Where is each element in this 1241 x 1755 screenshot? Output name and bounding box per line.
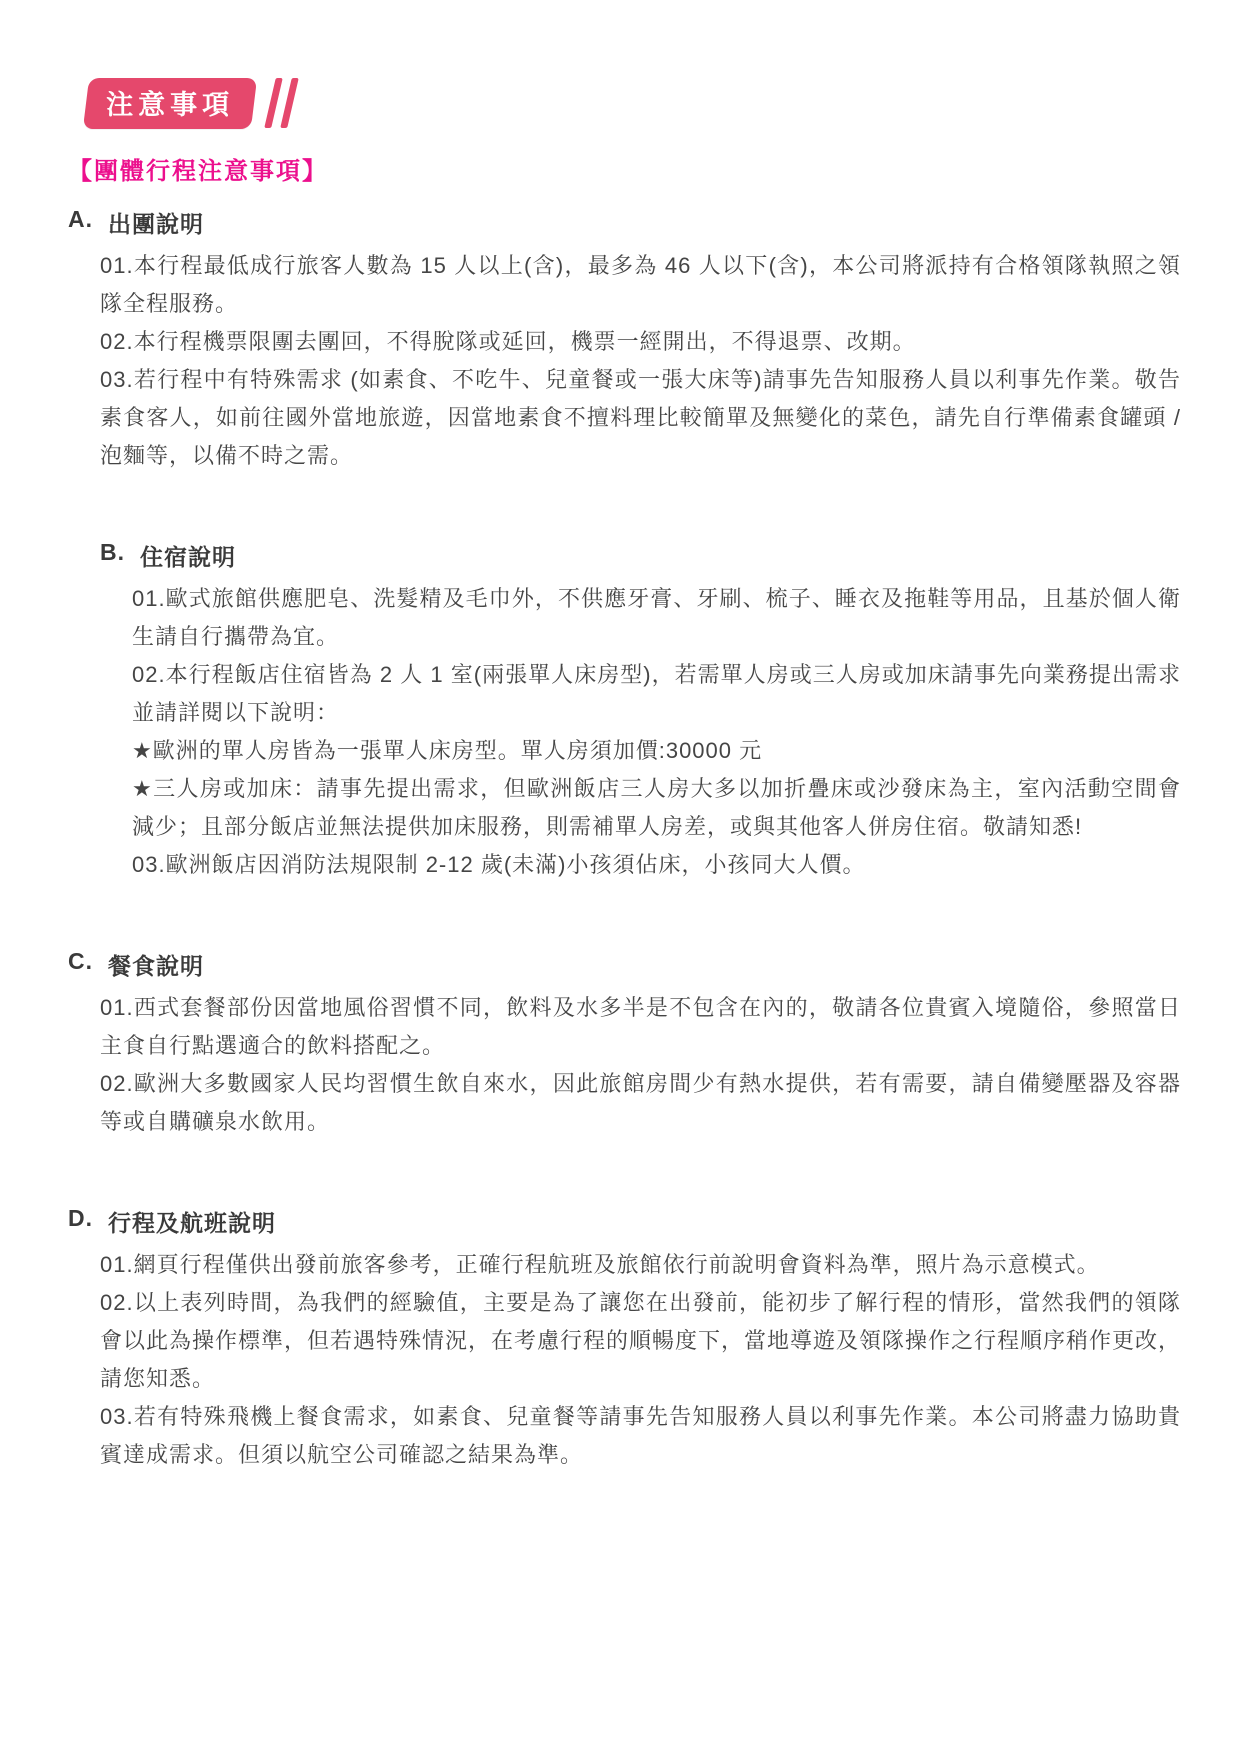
paragraph: 02.本行程機票限團去團回，不得脫隊或延回，機票一經開出，不得退票、改期。 xyxy=(100,323,1181,361)
group-notice-heading: 【團體行程注意事項】 xyxy=(68,151,1241,186)
paragraph-star-note: ★歐洲的單人房皆為一張單人床房型。單人房須加價:30000 元 xyxy=(132,732,1181,770)
section-meals-header: C. 餐食說明 xyxy=(68,948,1181,981)
section-title: 住宿說明 xyxy=(140,539,236,572)
notice-document-page: 注意事項 【團體行程注意事項】 A. 出團說明 01.本行程最低成行旅客人數為 … xyxy=(0,0,1241,1755)
section-accommodation-body: 01.歐式旅館供應肥皂、洗髮精及毛巾外，不供應牙膏、牙刷、梳子、睡衣及拖鞋等用品… xyxy=(132,580,1181,884)
section-letter: A. xyxy=(68,206,93,239)
section-meals-body: 01.西式套餐部份因當地風俗習慣不同，飲料及水多半是不包含在內的，敬請各位貴賓入… xyxy=(100,989,1181,1141)
paragraph: 03.歐洲飯店因消防法規限制 2-12 歲(未滿)小孩須佔床，小孩同大人價。 xyxy=(132,846,1181,884)
notice-badge-label: 注意事項 xyxy=(106,83,234,122)
notice-badge: 注意事項 xyxy=(83,78,257,129)
paragraph-star-note: ★三人房或加床：請事先提出需求，但歐洲飯店三人房大多以加折疊床或沙發床為主，室內… xyxy=(132,770,1181,846)
section-itinerary-flights-header: D. 行程及航班說明 xyxy=(68,1205,1181,1238)
section-itinerary-flights: D. 行程及航班說明 01.網頁行程僅供出發前旅客參考，正確行程航班及旅館依行前… xyxy=(68,1205,1181,1474)
section-title: 餐食說明 xyxy=(108,948,204,981)
decorative-slash-icon xyxy=(280,78,299,128)
section-itinerary-flights-body: 01.網頁行程僅供出發前旅客參考，正確行程航班及旅館依行前說明會資料為準，照片為… xyxy=(100,1246,1181,1474)
section-letter: C. xyxy=(68,948,93,981)
paragraph: 01.本行程最低成行旅客人數為 15 人以上(含)，最多為 46 人以下(含)，… xyxy=(100,247,1181,323)
section-title: 行程及航班說明 xyxy=(108,1205,276,1238)
paragraph: 02.以上表列時間，為我們的經驗值，主要是為了讓您在出發前，能初步了解行程的情形… xyxy=(100,1284,1181,1398)
section-departure-body: 01.本行程最低成行旅客人數為 15 人以上(含)，最多為 46 人以下(含)，… xyxy=(100,247,1181,475)
section-meals: C. 餐食說明 01.西式套餐部份因當地風俗習慣不同，飲料及水多半是不包含在內的… xyxy=(68,948,1181,1141)
section-departure: A. 出團說明 01.本行程最低成行旅客人數為 15 人以上(含)，最多為 46… xyxy=(68,206,1181,475)
paragraph: 02.歐洲大多數國家人民均習慣生飲自來水，因此旅館房間少有熱水提供，若有需要，請… xyxy=(100,1065,1181,1141)
section-accommodation: B. 住宿說明 01.歐式旅館供應肥皂、洗髮精及毛巾外，不供應牙膏、牙刷、梳子、… xyxy=(100,539,1181,884)
section-accommodation-header: B. 住宿說明 xyxy=(100,539,1181,572)
paragraph: 03.若行程中有特殊需求 (如素食、不吃牛、兒童餐或一張大床等)請事先告知服務人… xyxy=(100,361,1181,475)
section-title: 出團說明 xyxy=(108,206,204,239)
section-letter: B. xyxy=(100,539,125,572)
notice-badge-row: 注意事項 xyxy=(86,80,1241,126)
paragraph: 01.西式套餐部份因當地風俗習慣不同，飲料及水多半是不包含在內的，敬請各位貴賓入… xyxy=(100,989,1181,1065)
section-letter: D. xyxy=(68,1205,93,1238)
paragraph: 03.若有特殊飛機上餐食需求，如素食、兒童餐等請事先告知服務人員以利事先作業。本… xyxy=(100,1398,1181,1474)
paragraph: 02.本行程飯店住宿皆為 2 人 1 室(兩張單人床房型)，若需單人房或三人房或… xyxy=(132,656,1181,732)
decorative-slash-icon xyxy=(264,78,283,128)
paragraph: 01.網頁行程僅供出發前旅客參考，正確行程航班及旅館依行前說明會資料為準，照片為… xyxy=(100,1246,1181,1284)
section-departure-header: A. 出團說明 xyxy=(68,206,1181,239)
paragraph: 01.歐式旅館供應肥皂、洗髮精及毛巾外，不供應牙膏、牙刷、梳子、睡衣及拖鞋等用品… xyxy=(132,580,1181,656)
